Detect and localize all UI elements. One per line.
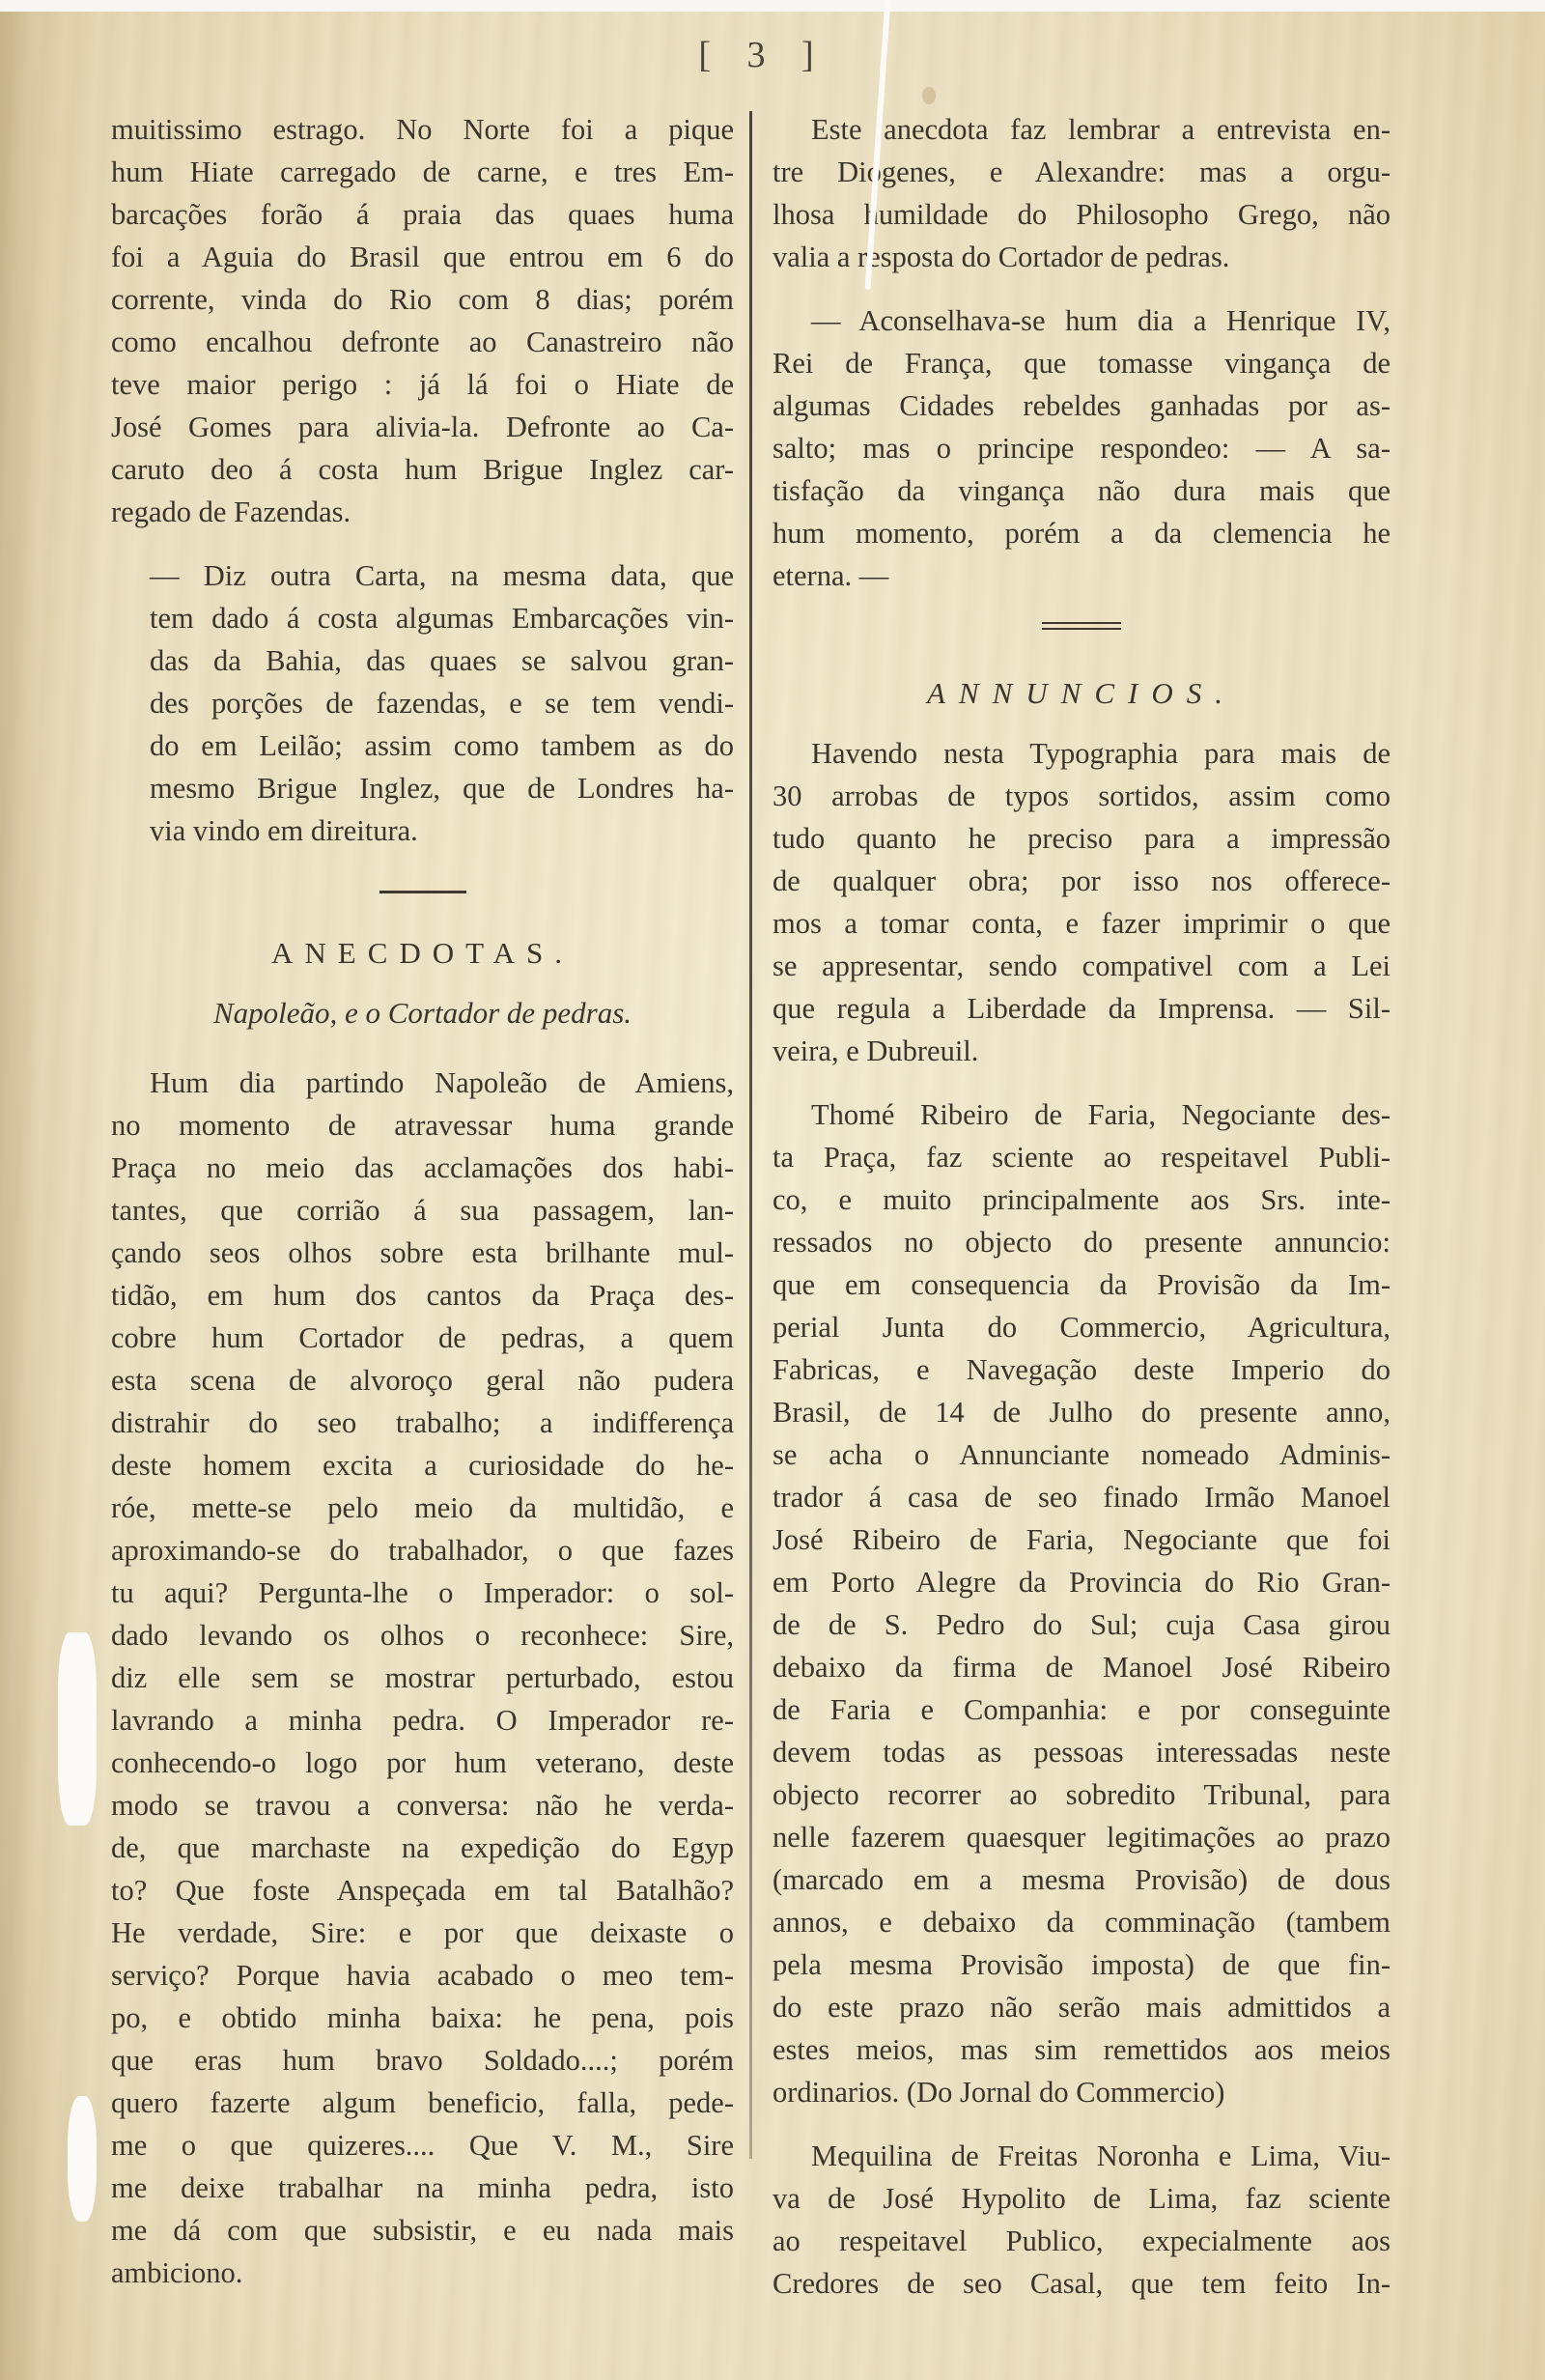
scan-top-edge xyxy=(0,0,1545,12)
text-line: mos a tomar conta, e fazer imprimir o qu… xyxy=(772,902,1390,945)
text-line: conhecendo-o logo por hum veterano, dest… xyxy=(111,1742,734,1784)
text-line: lavrando a minha pedra. O Imperador re- xyxy=(111,1699,734,1742)
text-line: do em Leilão; assim como tambem as do xyxy=(111,724,734,767)
text-line: devem todas as pessoas interessadas nest… xyxy=(772,1731,1390,1773)
text-line: se acha o Annunciante nomeado Adminis- xyxy=(772,1433,1390,1476)
text-line: caruto deo á costa hum Brigue Inglez car… xyxy=(111,448,734,491)
column-rule xyxy=(749,111,752,2159)
text-line: (marcado em a mesma Provisão) de dous xyxy=(772,1858,1390,1901)
text-line: Brasil, de 14 de Julho do presente anno, xyxy=(772,1391,1390,1433)
text-line: esta scena de alvoroço geral não pudera xyxy=(111,1359,734,1402)
text-line: dado levando os olhos o reconhece: Sire, xyxy=(111,1614,734,1657)
text-line: Thomé Ribeiro de Faria, Negociante des- xyxy=(772,1093,1390,1136)
text-line: Mequilina de Freitas Noronha e Lima, Viu… xyxy=(772,2135,1390,2177)
text-line: regado de Fazendas. xyxy=(111,491,734,533)
text-line: em Porto Alegre da Provincia do Rio Gran… xyxy=(772,1561,1390,1603)
anecdotas-heading: ANECDOTAS. xyxy=(111,932,734,975)
ad-mequilina: Mequilina de Freitas Noronha e Lima, Viu… xyxy=(772,2135,1390,2305)
text-line: de qualquer obra; por isso nos offerece- xyxy=(772,860,1390,902)
text-line: ao respeitavel Publico, expecialmente ao… xyxy=(772,2220,1390,2262)
text-line: muitissimo estrago. No Norte foi a pique xyxy=(111,108,734,151)
text-line: tu aqui? Pergunta-lhe o Imperador: o sol… xyxy=(111,1572,734,1614)
text-line: des porções de fazendas, e se tem vendi- xyxy=(111,682,734,724)
text-line: deste homem excita a curiosidade do he- xyxy=(111,1444,734,1487)
text-line: me dá com que subsistir, e eu nada mais xyxy=(111,2209,734,2252)
text-line: me deixe trabalhar na minha pedra, isto xyxy=(111,2167,734,2209)
ad-typographia: Havendo nesta Typographia para mais de30… xyxy=(772,732,1390,1072)
text-line: se appresentar, sendo compativel com a L… xyxy=(772,945,1390,987)
left-column: muitissimo estrago. No Norte foi a pique… xyxy=(111,108,734,2315)
text-line: que em consequencia da Provisão da Im- xyxy=(772,1263,1390,1306)
text-line: annos, e debaixo da comminação (tambem xyxy=(772,1901,1390,1943)
text-line: ordinarios. (Do Jornal do Commercio) xyxy=(772,2071,1390,2113)
text-line: modo se travou a conversa: não he verda- xyxy=(111,1784,734,1827)
text-line: salto; mas o principe respondeo: — A sa- xyxy=(772,427,1390,469)
paper-tear xyxy=(68,2096,97,2222)
text-line: po, e obtido minha baixa: he pena, pois xyxy=(111,1997,734,2039)
news-continued-paragraph: muitissimo estrago. No Norte foi a pique… xyxy=(111,108,734,533)
text-line: teve maior perigo : já lá foi o Hiate de xyxy=(111,363,734,406)
text-line: corrente, vinda do Rio com 8 dias; porém xyxy=(111,278,734,321)
right-column: Este anecdota faz lembrar a entrevista e… xyxy=(772,108,1390,2326)
paper-stain xyxy=(922,87,936,104)
text-line: tem dado á costa algumas Embarcações vin… xyxy=(111,597,734,639)
text-line: eterna. — xyxy=(772,554,1390,597)
text-line: Fabricas, e Navegação deste Imperio do xyxy=(772,1348,1390,1391)
text-line: no momento de atravessar huma grande xyxy=(111,1104,734,1147)
anecdote-title: Napoleão, e o Cortador de pedras. xyxy=(111,992,734,1034)
text-line: — Aconselhava-se hum dia a Henrique IV, xyxy=(772,299,1390,342)
henrique-iv-paragraph: — Aconselhava-se hum dia a Henrique IV,R… xyxy=(772,299,1390,597)
outra-carta-paragraph: — Diz outra Carta, na mesma data, quetem… xyxy=(111,554,734,852)
text-line: estes meios, mas sim remettidos aos meio… xyxy=(772,2028,1390,2071)
text-line: róe, mette-se pelo meio da multidão, e xyxy=(111,1487,734,1529)
text-line: tidão, em hum dos cantos da Praça des- xyxy=(111,1274,734,1317)
text-line: 30 arrobas de typos sortidos, assim como xyxy=(772,775,1390,817)
text-line: pela mesma Provisão imposta) de que fin- xyxy=(772,1943,1390,1986)
ad-thome-ribeiro: Thomé Ribeiro de Faria, Negociante des-t… xyxy=(772,1093,1390,2113)
text-line: hum momento, porém a da clemencia he xyxy=(772,512,1390,554)
text-line: aproximando-se do trabalhador, o que faz… xyxy=(111,1529,734,1572)
napoleao-anecdote-paragraph: Hum dia partindo Napoleão de Amiens,no m… xyxy=(111,1062,734,2294)
text-line: como encalhou defronte ao Canastreiro nã… xyxy=(111,321,734,363)
text-line: çando seos olhos sobre esta brilhante mu… xyxy=(111,1232,734,1274)
text-line: ta Praça, faz sciente ao respeitavel Pub… xyxy=(772,1136,1390,1178)
annuncios-heading: ANNUNCIOS. xyxy=(772,672,1390,715)
page-number: [ 3 ] xyxy=(695,34,830,76)
text-line: de de S. Pedro do Sul; cuja Casa girou xyxy=(772,1603,1390,1646)
text-line: debaixo da firma de Manoel José Ribeiro xyxy=(772,1646,1390,1688)
text-line: quero fazerte algum beneficio, falla, pe… xyxy=(111,2082,734,2124)
text-line: va de José Hypolito de Lima, faz sciente xyxy=(772,2177,1390,2220)
text-line: trador á casa de seo finado Irmão Manoel xyxy=(772,1476,1390,1518)
text-line: via vindo em direitura. xyxy=(111,809,734,852)
text-line: veira, e Dubreuil. xyxy=(772,1030,1390,1072)
text-line: Rei de França, que tomasse vingança de xyxy=(772,342,1390,384)
text-line: que regula a Liberdade da Imprensa. — Si… xyxy=(772,987,1390,1030)
text-line: — Diz outra Carta, na mesma data, que xyxy=(111,554,734,597)
text-line: tisfação da vingança não dura mais que xyxy=(772,469,1390,512)
text-line: tre Diogenes, e Alexandre: mas a orgu- xyxy=(772,151,1390,193)
text-line: Credores de seo Casal, que tem feito In- xyxy=(772,2262,1390,2305)
text-line: José Gomes para alivia-la. Defronte ao C… xyxy=(111,406,734,448)
text-line: de, que marchaste na expedição do Egyp xyxy=(111,1827,734,1869)
text-line: tantes, que corrião á sua passagem, lan- xyxy=(111,1189,734,1232)
text-line: Praça no meio das acclamações dos habi- xyxy=(111,1147,734,1189)
text-line: cobre hum Cortador de pedras, a quem xyxy=(111,1317,734,1359)
text-line: mesmo Brigue Inglez, que de Londres ha- xyxy=(111,767,734,809)
text-line: serviço? Porque havia acabado o meo tem- xyxy=(111,1954,734,1997)
paper-tear xyxy=(58,1632,97,1826)
text-line: ressados no objecto do presente annuncio… xyxy=(772,1221,1390,1263)
double-rule-separator xyxy=(1042,622,1121,624)
text-line: hum Hiate carregado de carne, e tres Em- xyxy=(111,151,734,193)
text-line: que eras hum bravo Soldado....; porém xyxy=(111,2039,734,2082)
text-line: distrahir do seo trabalho; a indifferenç… xyxy=(111,1402,734,1444)
text-line: algumas Cidades rebeldes ganhadas por as… xyxy=(772,384,1390,427)
text-line: Hum dia partindo Napoleão de Amiens, xyxy=(111,1062,734,1104)
text-line: ambiciono. xyxy=(111,2252,734,2294)
text-line: foi a Aguia do Brasil que entrou em 6 do xyxy=(111,236,734,278)
text-line: He verdade, Sire: e por que deixaste o xyxy=(111,1912,734,1954)
text-line: to? Que foste Anspeçada em tal Batalhão? xyxy=(111,1869,734,1912)
text-line: nelle fazerem quaesquer legitimações ao … xyxy=(772,1816,1390,1858)
text-line: Havendo nesta Typographia para mais de xyxy=(772,732,1390,775)
este-anecdota-paragraph: Este anecdota faz lembrar a entrevista e… xyxy=(772,108,1390,278)
text-line: objecto recorrer ao sobredito Tribunal, … xyxy=(772,1773,1390,1816)
text-line: José Ribeiro de Faria, Negociante que fo… xyxy=(772,1518,1390,1561)
text-line: Este anecdota faz lembrar a entrevista e… xyxy=(772,108,1390,151)
text-line: de Faria e Companhia: e por conseguinte xyxy=(772,1688,1390,1731)
section-separator xyxy=(379,891,466,893)
text-line: co, e muito principalmente aos Srs. inte… xyxy=(772,1178,1390,1221)
text-line: barcações forão á praia das quaes huma xyxy=(111,193,734,236)
text-line: tudo quanto he preciso para a impressão xyxy=(772,817,1390,860)
text-line: das da Bahia, das quaes se salvou gran- xyxy=(111,639,734,682)
text-line: lhosa humildade do Philosopho Grego, não xyxy=(772,193,1390,236)
text-line: do este prazo não serão mais admittidos … xyxy=(772,1986,1390,2028)
text-line: me o que quizeres.... Que V. M., Sire xyxy=(111,2124,734,2167)
text-line: diz elle sem se mostrar perturbado, esto… xyxy=(111,1657,734,1699)
text-line: perial Junta do Commercio, Agricultura, xyxy=(772,1306,1390,1348)
